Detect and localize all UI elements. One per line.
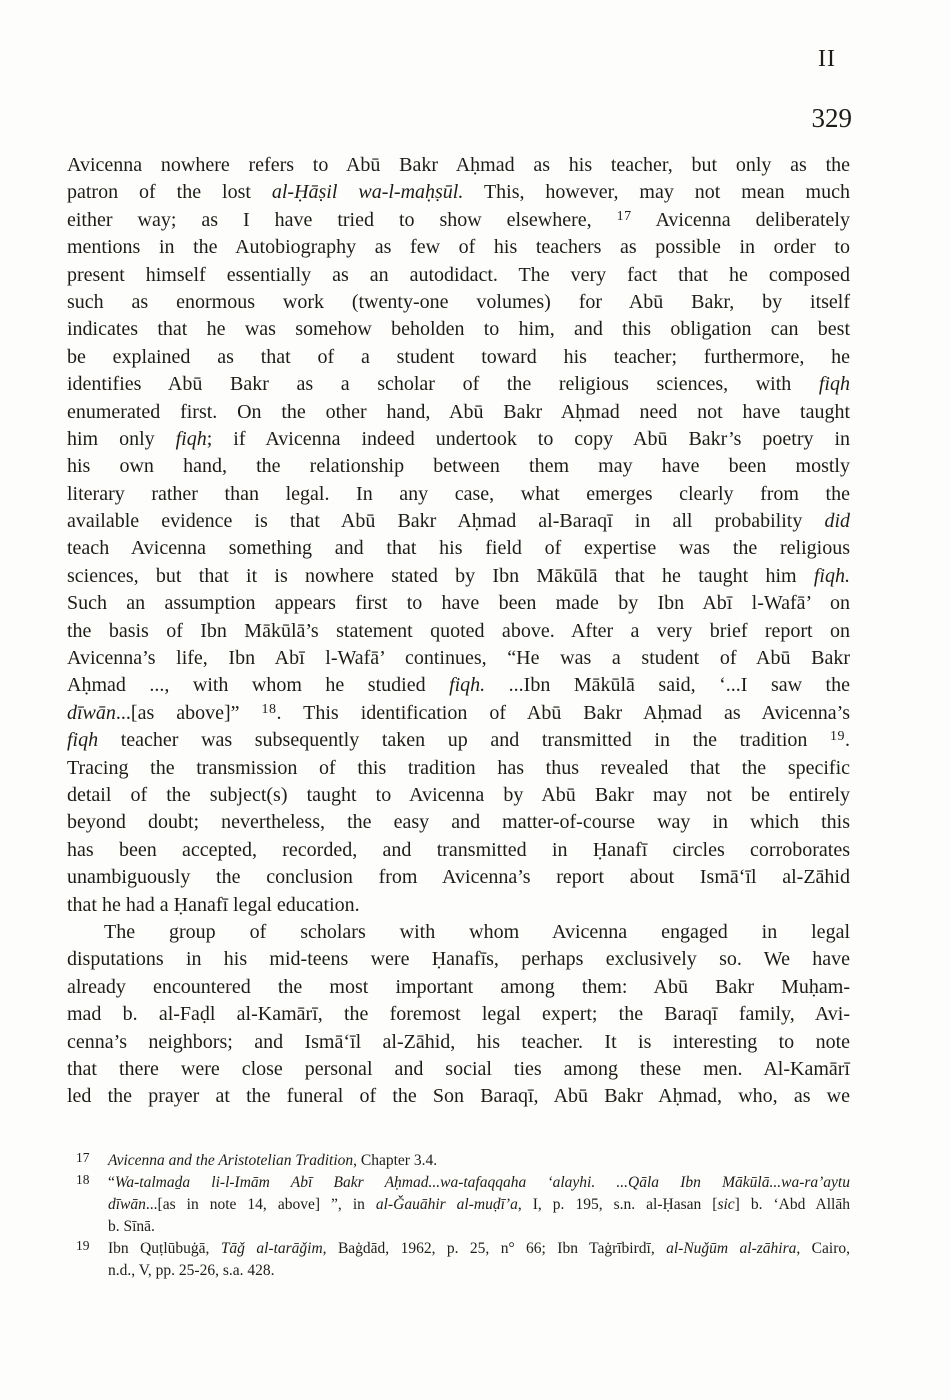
body-text: Avicenna nowhere refers to Abū Bakr Aḥma… bbox=[67, 152, 850, 1111]
text-run: sciences, but that it is nowhere stated … bbox=[67, 565, 814, 587]
text-run: , Chapter 3.4. bbox=[353, 1152, 437, 1169]
text-run: indicates that he was somehow beholden t… bbox=[67, 318, 850, 340]
text-run: teacher was subsequently taken up and tr… bbox=[98, 729, 830, 751]
text-line: Avicenna’s life, Ibn Abī l-Wafā’ continu… bbox=[67, 645, 850, 672]
footnote: 19Ibn Quṭlūbuġā, Tāǧ al-tarāǧim, Baġdād,… bbox=[67, 1238, 850, 1282]
text-line: mentions in the Autobiography as few of … bbox=[67, 234, 850, 261]
text-run: Ibn Quṭlūbuġā, bbox=[108, 1240, 221, 1257]
footnote-ref: 19 bbox=[830, 729, 845, 744]
text-line: either way; as I have tried to show else… bbox=[67, 207, 850, 234]
text-run: either way; as I have tried to show else… bbox=[67, 209, 617, 231]
text-run: ] b. ‘Abd Allāh bbox=[735, 1196, 850, 1213]
text-run: dīwān bbox=[108, 1196, 146, 1213]
footnote-line: Ibn Quṭlūbuġā, Tāǧ al-tarāǧim, Baġdād, 1… bbox=[108, 1238, 850, 1260]
text-run: fiqh. bbox=[814, 565, 850, 587]
text-run: be explained as that of a student toward… bbox=[67, 346, 850, 368]
text-line: present himself essentially as an autodi… bbox=[67, 262, 850, 289]
text-line: led the prayer at the funeral of the Son… bbox=[67, 1083, 850, 1110]
text-run: such as enormous work (twenty-one volume… bbox=[67, 291, 850, 313]
text-run: sic bbox=[717, 1196, 734, 1213]
text-line: the basis of Ibn Mākūlā’s statement quot… bbox=[67, 618, 850, 645]
text-line: indicates that he was somehow beholden t… bbox=[67, 316, 850, 343]
footnote-line: dīwān...[as in note 14, above] ”, in al-… bbox=[108, 1194, 850, 1216]
page-number: 329 bbox=[812, 104, 853, 132]
footnote-line: “Wa-talmaḏa li-l-Imām Abī Bakr Aḥmad...w… bbox=[108, 1172, 850, 1194]
text-run: Wa-talmaḏa li-l-Imām Abī Bakr Aḥmad...wa… bbox=[115, 1174, 850, 1191]
text-line: has been accepted, recorded, and transmi… bbox=[67, 837, 850, 864]
text-line: mad b. al-Faḍl al-Kamārī, the foremost l… bbox=[67, 1001, 850, 1028]
text-run: Avicenna deliberately bbox=[632, 209, 850, 231]
text-run: n.d., V, pp. 25-26, s.a. 428. bbox=[108, 1262, 275, 1279]
text-run: identifies Abū Bakr as a scholar of the … bbox=[67, 373, 819, 395]
footnote-line: n.d., V, pp. 25-26, s.a. 428. bbox=[108, 1260, 850, 1282]
footnote-line: b. Sīnā. bbox=[108, 1216, 850, 1238]
text-run: him only bbox=[67, 428, 176, 450]
footnote-marker: 18 bbox=[76, 1169, 90, 1191]
text-line: fiqh teacher was subsequently taken up a… bbox=[67, 727, 850, 754]
text-run: the basis of Ibn Mākūlā’s statement quot… bbox=[67, 620, 850, 642]
text-line: be explained as that of a student toward… bbox=[67, 344, 850, 371]
text-line: The group of scholars with whom Avicenna… bbox=[67, 919, 850, 946]
text-run: did bbox=[824, 510, 850, 532]
text-run: dīwān bbox=[67, 702, 116, 724]
text-run: Tāǧ al-tarāǧim bbox=[221, 1240, 323, 1257]
text-run: fiqh. bbox=[449, 674, 485, 696]
text-line: cenna’s neighbors; and Ismā‘īl al-Zāhid,… bbox=[67, 1029, 850, 1056]
text-run: his own hand, the relationship between t… bbox=[67, 455, 850, 477]
text-run: detail of the subject(s) taught to Avice… bbox=[67, 784, 850, 806]
text-run: mad b. al-Faḍl al-Kamārī, the foremost l… bbox=[67, 1003, 850, 1025]
text-run: Avicenna nowhere refers to Abū Bakr Aḥma… bbox=[67, 154, 850, 176]
text-run: al-Ḥāṣil wa-l-maḥṣūl. bbox=[272, 181, 464, 203]
text-line: Tracing the transmission of this traditi… bbox=[67, 755, 850, 782]
footnote-marker: 17 bbox=[76, 1147, 90, 1169]
text-line: enumerated first. On the other hand, Abū… bbox=[67, 399, 850, 426]
text-run: present himself essentially as an autodi… bbox=[67, 264, 850, 286]
text-run: beyond doubt; nevertheless, the easy and… bbox=[67, 811, 850, 833]
text-line: literary rather than legal. In any case,… bbox=[67, 481, 850, 508]
text-run: mentions in the Autobiography as few of … bbox=[67, 236, 850, 258]
text-line: that he had a Ḥanafī legal education. bbox=[67, 892, 850, 919]
text-run: Such an assumption appears first to have… bbox=[67, 592, 850, 614]
text-run: . bbox=[845, 729, 850, 751]
text-run: has been accepted, recorded, and transmi… bbox=[67, 839, 850, 861]
text-run: “ bbox=[108, 1174, 115, 1191]
text-run: ; if Avicenna indeed undertook to copy A… bbox=[207, 428, 850, 450]
text-run: disputations in his mid-teens were Ḥanaf… bbox=[67, 948, 850, 970]
text-run: that he had a Ḥanafī legal education. bbox=[67, 894, 360, 916]
text-run: available evidence is that Abū Bakr Aḥma… bbox=[67, 510, 824, 532]
text-line: already encountered the most important a… bbox=[67, 974, 850, 1001]
text-run: ...[as in note 14, above] ”, in bbox=[146, 1196, 376, 1213]
text-run: . This identification of Abū Bakr Aḥmad … bbox=[277, 702, 850, 724]
text-line: patron of the lost al-Ḥāṣil wa-l-maḥṣūl.… bbox=[67, 179, 850, 206]
text-run: led the prayer at the funeral of the Son… bbox=[67, 1085, 850, 1107]
article-numeral: II bbox=[812, 46, 837, 72]
text-run: al-Nuǧūm al-zāhira bbox=[666, 1240, 796, 1257]
text-line: teach Avicenna something and that his fi… bbox=[67, 535, 850, 562]
footnotes-section: 17Avicenna and the Aristotelian Traditio… bbox=[67, 1150, 850, 1282]
text-line: him only fiqh; if Avicenna indeed undert… bbox=[67, 426, 850, 453]
text-run: teach Avicenna something and that his fi… bbox=[67, 537, 850, 559]
text-line: sciences, but that it is nowhere stated … bbox=[67, 563, 850, 590]
footnote-marker: 19 bbox=[76, 1235, 90, 1257]
text-run: already encountered the most important a… bbox=[67, 976, 850, 998]
text-run: ...Ibn Mākūlā said, ‘...I saw the bbox=[485, 674, 850, 696]
text-run: that there were close personal and socia… bbox=[67, 1058, 850, 1080]
text-run: ...[as above]” bbox=[116, 702, 262, 724]
text-run: Tracing the transmission of this traditi… bbox=[67, 757, 850, 779]
footnote-ref: 18 bbox=[262, 702, 277, 717]
text-run: , Baġdād, 1962, p. 25, n° 66; Ibn Taġrīb… bbox=[323, 1240, 666, 1257]
text-run: patron of the lost bbox=[67, 181, 272, 203]
text-run: al-Ǧauāhir al-muḍī’a bbox=[376, 1196, 518, 1213]
footnote-line: Avicenna and the Aristotelian Tradition,… bbox=[108, 1150, 850, 1172]
footnote-ref: 17 bbox=[617, 209, 632, 224]
text-line: Aḥmad ..., with whom he studied fiqh. ..… bbox=[67, 672, 850, 699]
text-run: b. Sīnā. bbox=[108, 1218, 155, 1235]
text-run: enumerated first. On the other hand, Abū… bbox=[67, 401, 850, 423]
text-run: The group of scholars with whom Avicenna… bbox=[104, 921, 850, 943]
text-run: , Cairo, bbox=[796, 1240, 850, 1257]
text-run: fiqh bbox=[67, 729, 98, 751]
text-line: Such an assumption appears first to have… bbox=[67, 590, 850, 617]
text-run: Avicenna’s life, Ibn Abī l-Wafā’ continu… bbox=[67, 647, 850, 669]
text-line: that there were close personal and socia… bbox=[67, 1056, 850, 1083]
text-line: such as enormous work (twenty-one volume… bbox=[67, 289, 850, 316]
text-line: identifies Abū Bakr as a scholar of the … bbox=[67, 371, 850, 398]
text-run: , I, p. 195, s.n. al-Ḥasan [ bbox=[518, 1196, 718, 1213]
text-line: unambiguously the conclusion from Avicen… bbox=[67, 864, 850, 891]
text-line: detail of the subject(s) taught to Avice… bbox=[67, 782, 850, 809]
footnote: 17Avicenna and the Aristotelian Traditio… bbox=[67, 1150, 850, 1172]
text-line: available evidence is that Abū Bakr Aḥma… bbox=[67, 508, 850, 535]
text-run: fiqh bbox=[819, 373, 850, 395]
text-run: unambiguously the conclusion from Avicen… bbox=[67, 866, 850, 888]
page-header: II 329 bbox=[812, 46, 853, 132]
text-line: his own hand, the relationship between t… bbox=[67, 453, 850, 480]
text-run: cenna’s neighbors; and Ismā‘īl al-Zāhid,… bbox=[67, 1031, 850, 1053]
scanned-book-page: II 329 Avicenna nowhere refers to Abū Ba… bbox=[0, 0, 950, 1400]
footnote: 18“Wa-talmaḏa li-l-Imām Abī Bakr Aḥmad..… bbox=[67, 1172, 850, 1238]
text-run: fiqh bbox=[176, 428, 207, 450]
text-line: dīwān...[as above]” 18. This identificat… bbox=[67, 700, 850, 727]
text-run: This, however, may not mean much bbox=[463, 181, 850, 203]
text-run: literary rather than legal. In any case,… bbox=[67, 483, 850, 505]
text-line: beyond doubt; nevertheless, the easy and… bbox=[67, 809, 850, 836]
text-run: Aḥmad ..., with whom he studied bbox=[67, 674, 449, 696]
text-line: disputations in his mid-teens were Ḥanaf… bbox=[67, 946, 850, 973]
text-line: Avicenna nowhere refers to Abū Bakr Aḥma… bbox=[67, 152, 850, 179]
text-run: Avicenna and the Aristotelian Tradition bbox=[108, 1152, 353, 1169]
